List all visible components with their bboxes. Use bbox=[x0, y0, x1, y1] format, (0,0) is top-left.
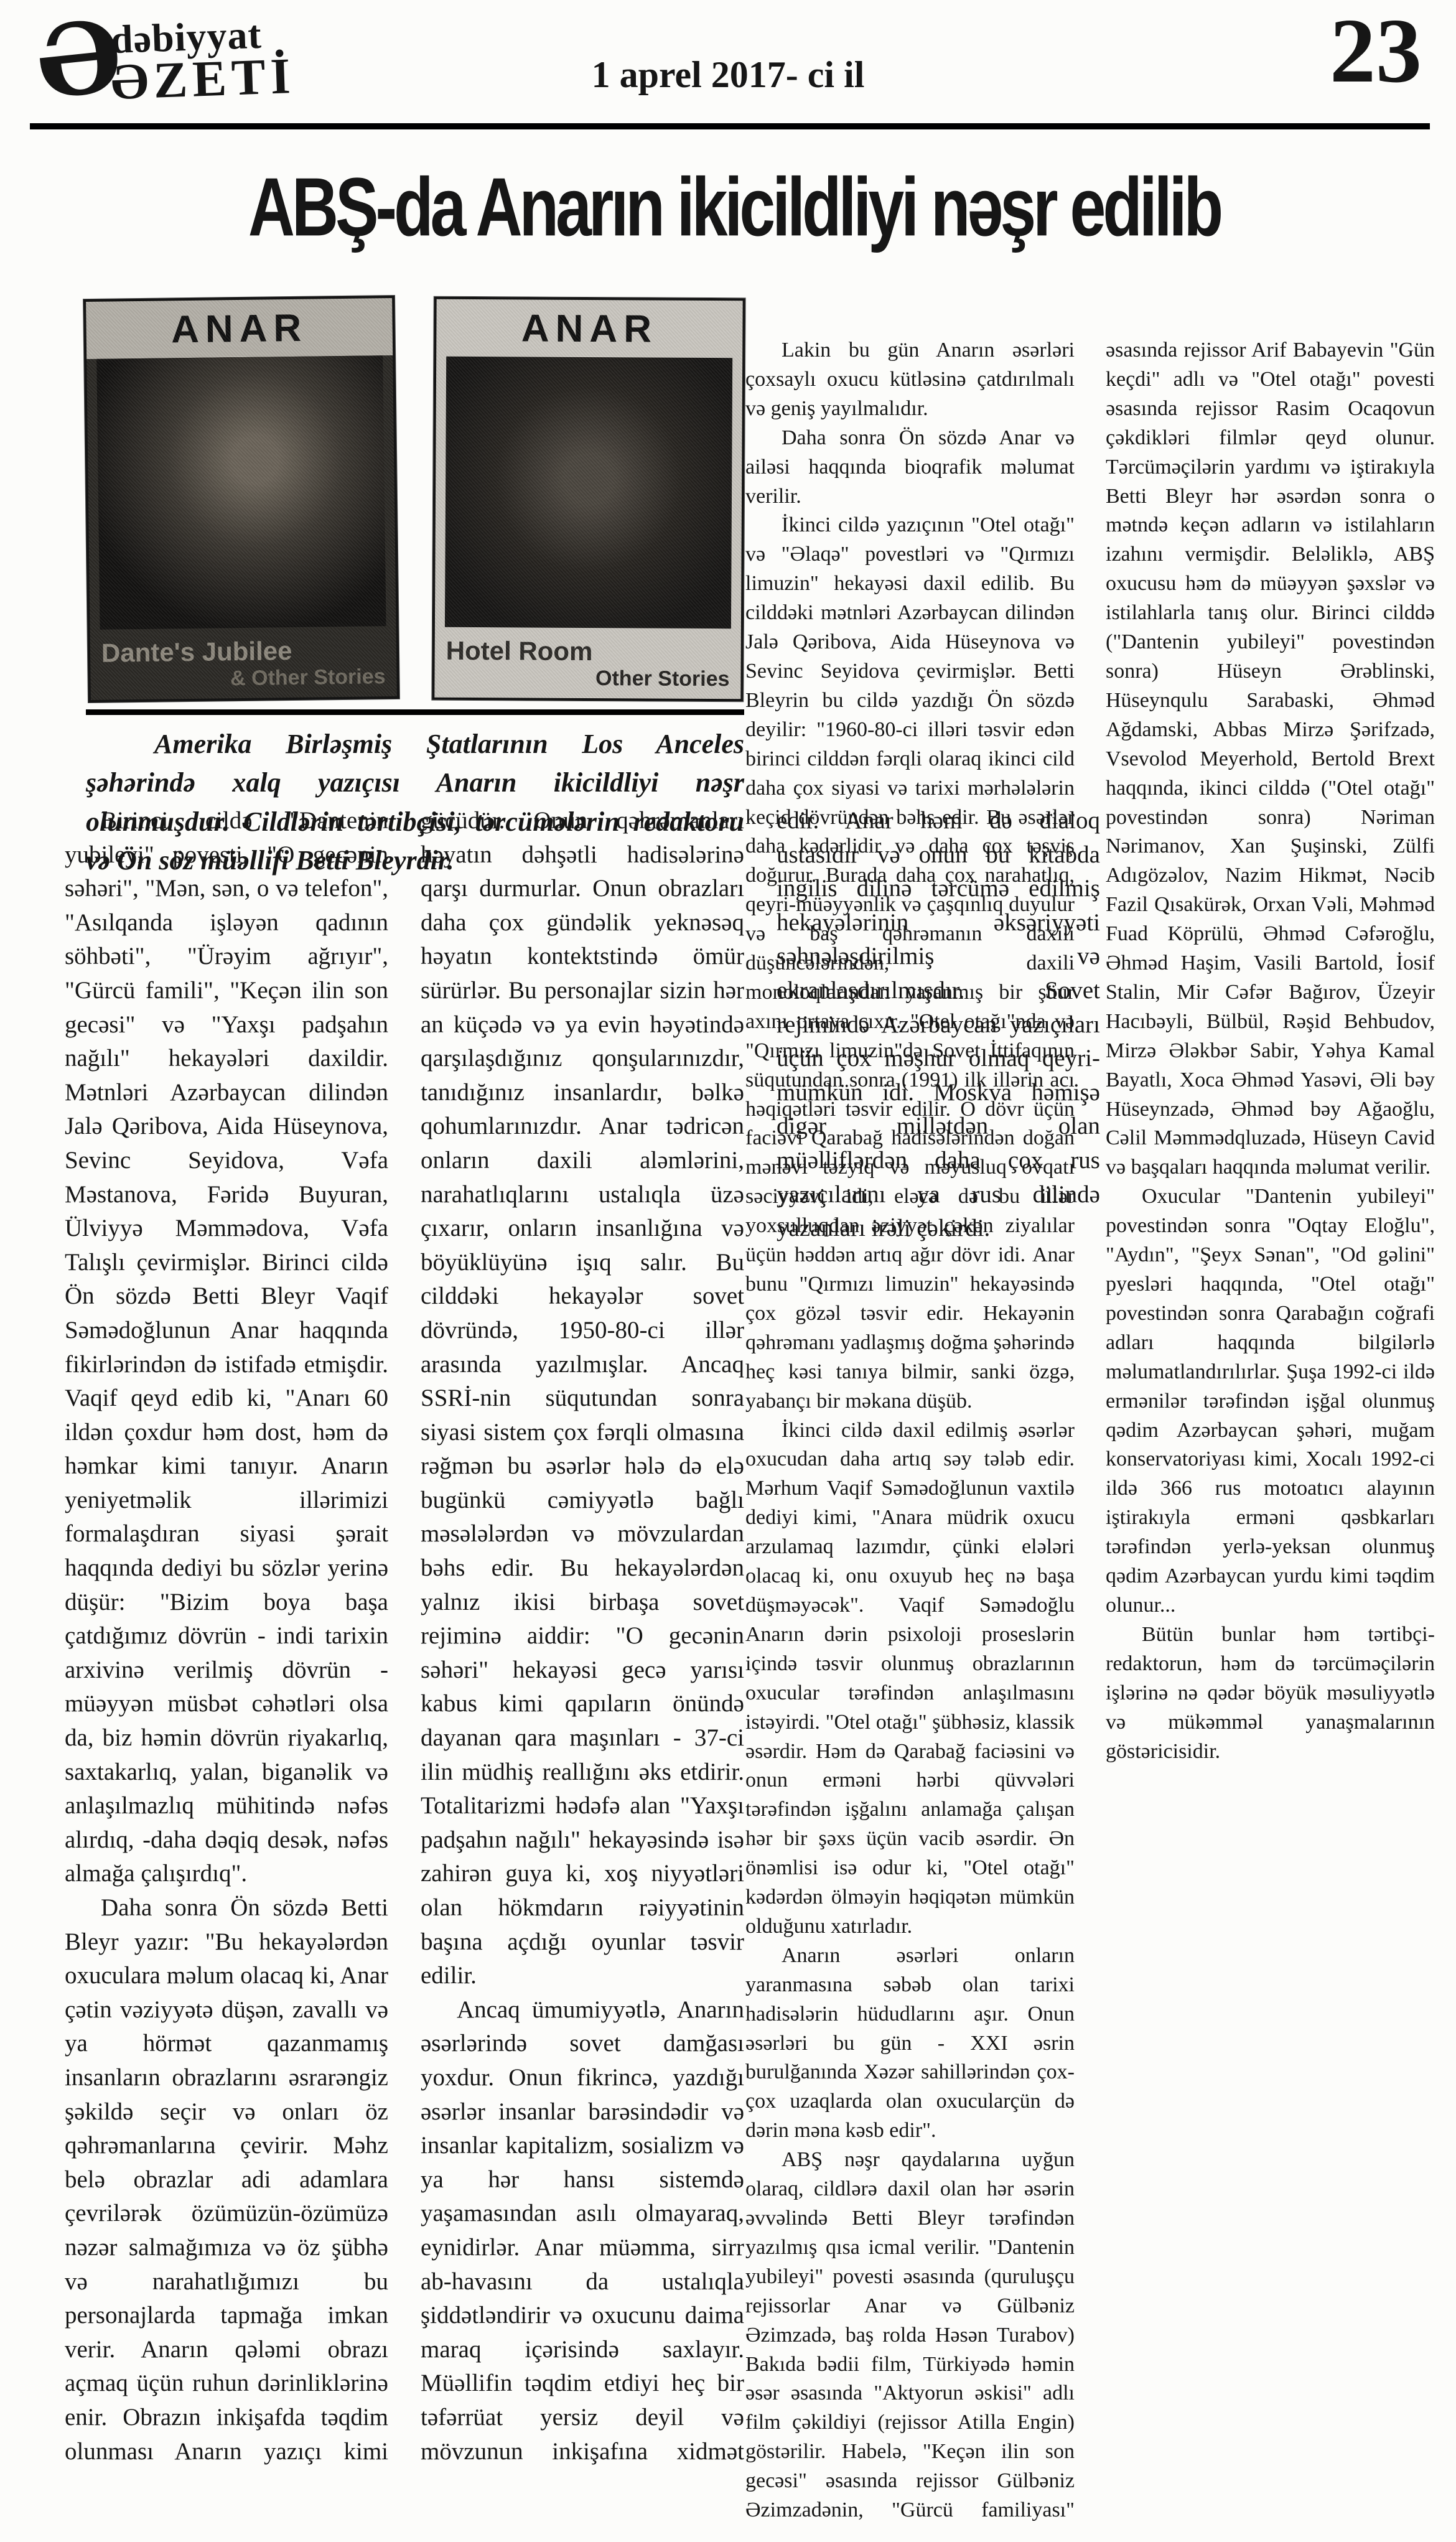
book-cover-titles: Hotel Room Other Stories bbox=[434, 627, 741, 699]
book-subtitle: Other Stories bbox=[446, 666, 729, 691]
figure-rule bbox=[86, 709, 744, 715]
article-columns-left: Birinci cildə "Dantenin yubileyi" povest… bbox=[65, 804, 744, 2484]
book-cover-photo bbox=[96, 355, 386, 629]
paragraph: Anarın əsərləri onların yaranmasına səbə… bbox=[745, 1942, 1075, 2146]
book-cover-volume2: ANAR Hotel Room Other Stories bbox=[432, 297, 745, 702]
newspaper-page: Ə dəbiyyat ƏZETİ 1 aprel 2017- ci il 23 … bbox=[0, 0, 1456, 2542]
paragraph: Birinci cildə "Dantenin yubileyi" povest… bbox=[65, 804, 388, 1891]
paragraph: İkinci cildə yazıçının "Otel otağı" və "… bbox=[745, 511, 1075, 1416]
paragraph: Lakin bu gün Anarın əsərləri çoxsaylı ox… bbox=[745, 336, 1075, 424]
book-subtitle: & Other Stories bbox=[101, 665, 385, 693]
paragraph: Bütün bunlar həm tərtibçi-redaktorun, hə… bbox=[1106, 1620, 1435, 1767]
book-covers: ANAR Dante's Jubilee & Other Stories ANA… bbox=[86, 297, 744, 701]
book-title: Dante's Jubilee bbox=[101, 635, 386, 668]
book-cover-photo bbox=[445, 357, 732, 628]
book-cover-volume1: ANAR Dante's Jubilee & Other Stories bbox=[83, 296, 399, 703]
book-title: Hotel Room bbox=[446, 635, 730, 667]
issue-date: 1 aprel 2017- ci il bbox=[0, 54, 1456, 96]
page-number: 23 bbox=[1330, 5, 1422, 97]
article-figure: ANAR Dante's Jubilee & Other Stories ANA… bbox=[86, 297, 744, 881]
paragraph: İkinci cildə daxil edilmiş əsərlər oxucu… bbox=[745, 1416, 1075, 1942]
paragraph: Oxucular "Dantenin yubileyi" povestindən… bbox=[1106, 1182, 1435, 1620]
book-cover-author: ANAR bbox=[436, 299, 742, 358]
book-cover-author: ANAR bbox=[86, 298, 393, 359]
book-cover-titles: Dante's Jubilee & Other Stories bbox=[90, 626, 397, 700]
article-columns-right: Lakin bu gün Anarın əsərləri çoxsaylı ox… bbox=[745, 336, 1435, 2533]
paragraph: Daha sonra Ön sözdə Anar və ailəsi haqqı… bbox=[745, 424, 1075, 512]
masthead-rule bbox=[30, 123, 1430, 129]
article-headline: ABŞ-da Anarın ikicildliyi nəşr edilib bbox=[37, 161, 1431, 255]
masthead: Ə dəbiyyat ƏZETİ 1 aprel 2017- ci il 23 bbox=[0, 0, 1456, 131]
